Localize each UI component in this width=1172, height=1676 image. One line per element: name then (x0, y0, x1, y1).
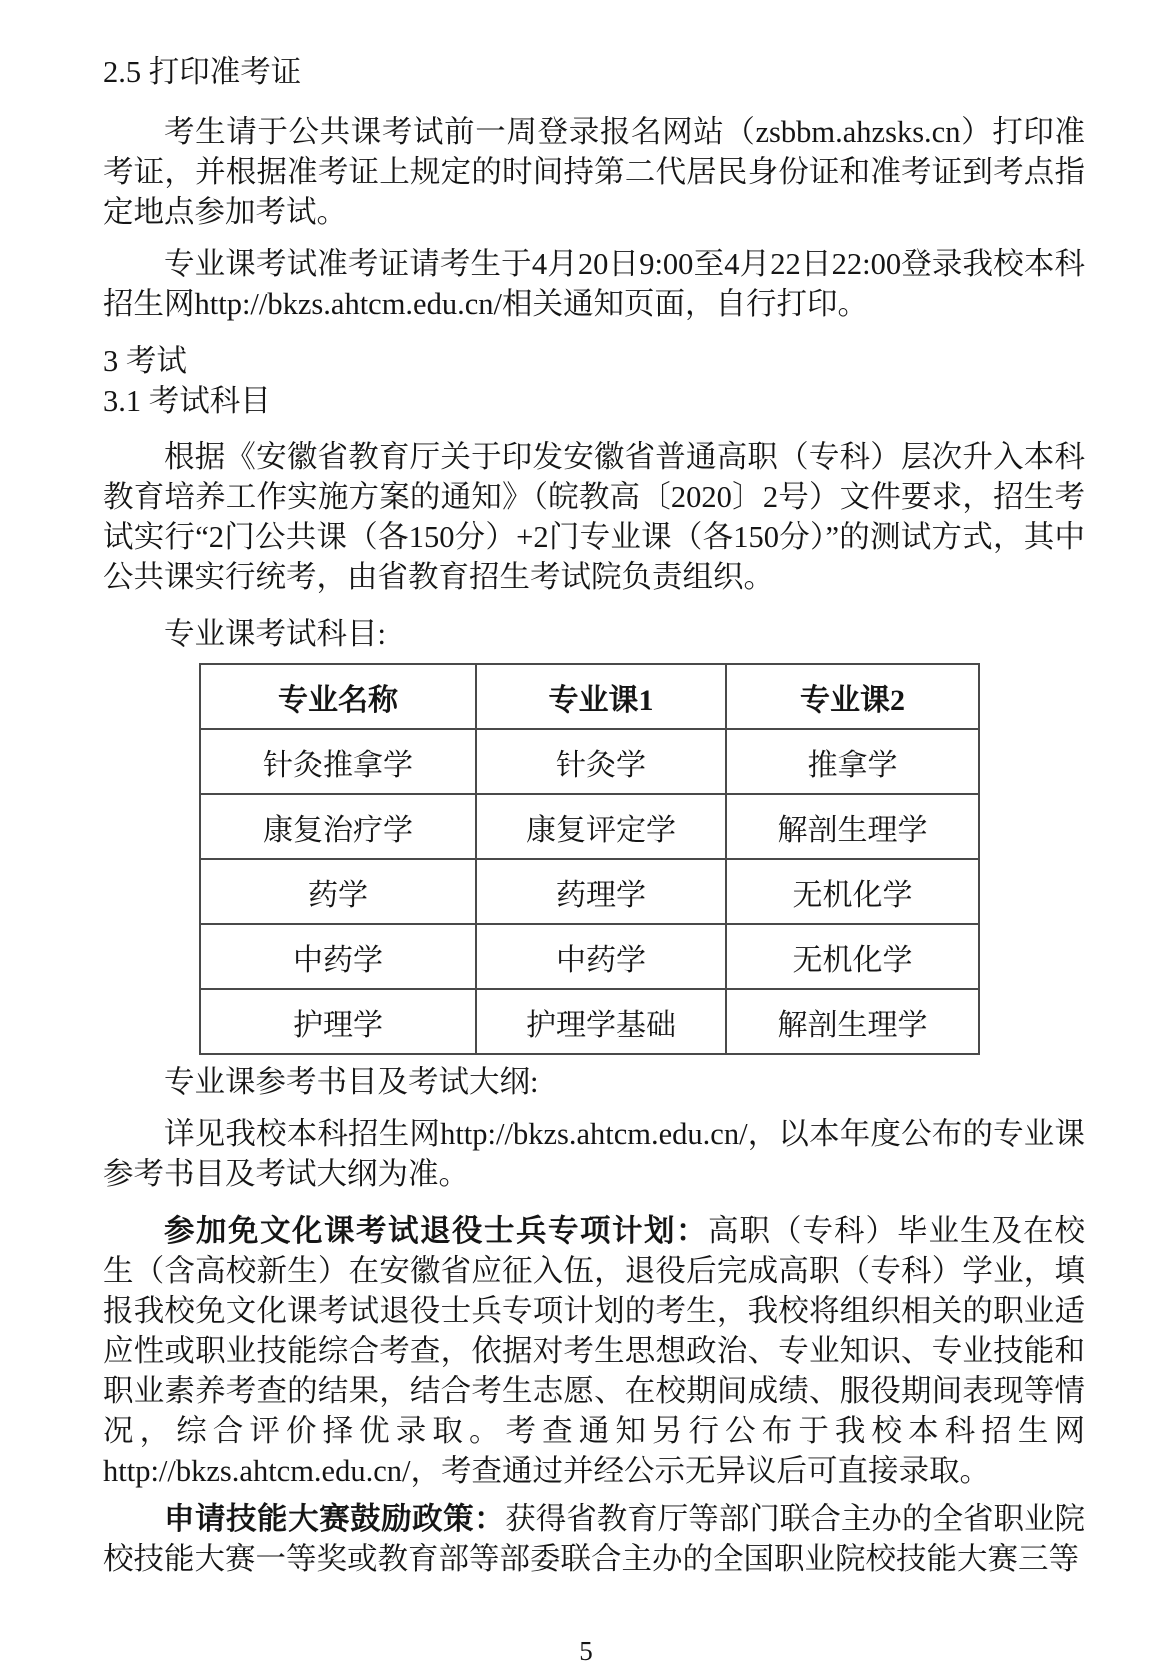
table-cell: 解剖生理学 (726, 989, 979, 1054)
table-cell: 中药学 (476, 924, 726, 989)
table-row: 康复治疗学 康复评定学 解剖生理学 (200, 794, 979, 859)
section-heading-3-1: 3.1 考试科目 (103, 381, 1085, 421)
veteran-program-text: 高职（专科）毕业生及在校生（含高校新生）在安徽省应征入伍，退役后完成高职（专科）… (103, 1214, 1085, 1488)
table-cell: 解剖生理学 (726, 794, 979, 859)
paragraph-reference-outline: 详见我校本科招生网http://bkzs.ahtcm.edu.cn/，以本年度公… (103, 1114, 1085, 1194)
table-cell: 康复治疗学 (200, 794, 476, 859)
table-row: 药学 药理学 无机化学 (200, 859, 979, 924)
label-professional-subjects: 专业课考试科目: (103, 614, 1085, 654)
table-cell: 护理学 (200, 989, 476, 1054)
label-reference-outline: 专业课参考书目及考试大纲: (103, 1062, 1085, 1102)
table-row: 中药学 中药学 无机化学 (200, 924, 979, 989)
table-cell: 护理学基础 (476, 989, 726, 1054)
veteran-program-lead: 参加免文化课考试退役士兵专项计划： (164, 1214, 708, 1248)
table-cell: 中药学 (200, 924, 476, 989)
paragraph-print-professional-ticket: 专业课考试准考证请考生于4月20日9:00至4月22日22:00登录我校本科招生… (103, 244, 1085, 324)
page-number: 5 (0, 1636, 1172, 1666)
table-cell: 药学 (200, 859, 476, 924)
skill-competition-lead: 申请技能大赛鼓励政策： (164, 1502, 505, 1536)
section-heading-3: 3 考试 (103, 341, 1085, 381)
professional-courses-table: 专业名称 专业课1 专业课2 针灸推拿学 针灸学 推拿学 康复治疗学 康复评定学… (199, 663, 980, 1055)
paragraph-veteran-program: 参加免文化课考试退役士兵专项计划：高职（专科）毕业生及在校生（含高校新生）在安徽… (103, 1211, 1085, 1491)
paragraph-print-public-ticket: 考生请于公共课考试前一周登录报名网站（zsbbm.ahzsks.cn）打印准考证… (103, 112, 1085, 232)
table-cell: 推拿学 (726, 729, 979, 794)
table-cell: 药理学 (476, 859, 726, 924)
table-cell: 无机化学 (726, 859, 979, 924)
table-cell: 针灸学 (476, 729, 726, 794)
table-cell: 康复评定学 (476, 794, 726, 859)
paragraph-exam-basis: 根据《安徽省教育厅关于印发安徽省普通高职（专科）层次升入本科教育培养工作实施方案… (103, 437, 1085, 597)
paragraph-skill-competition: 申请技能大赛鼓励政策：获得省教育厅等部门联合主办的全省职业院校技能大赛一等奖或教… (103, 1499, 1085, 1579)
table-cell: 针灸推拿学 (200, 729, 476, 794)
table-header-major: 专业名称 (200, 664, 476, 729)
document-page: 2.5 打印准考证 考生请于公共课考试前一周登录报名网站（zsbbm.ahzsk… (0, 0, 1172, 1676)
table-header-course1: 专业课1 (476, 664, 726, 729)
section-heading-2-5: 2.5 打印准考证 (103, 52, 1085, 92)
table-header-row: 专业名称 专业课1 专业课2 (200, 664, 979, 729)
table-row: 护理学 护理学基础 解剖生理学 (200, 989, 979, 1054)
table-header-course2: 专业课2 (726, 664, 979, 729)
table-row: 针灸推拿学 针灸学 推拿学 (200, 729, 979, 794)
table-cell: 无机化学 (726, 924, 979, 989)
